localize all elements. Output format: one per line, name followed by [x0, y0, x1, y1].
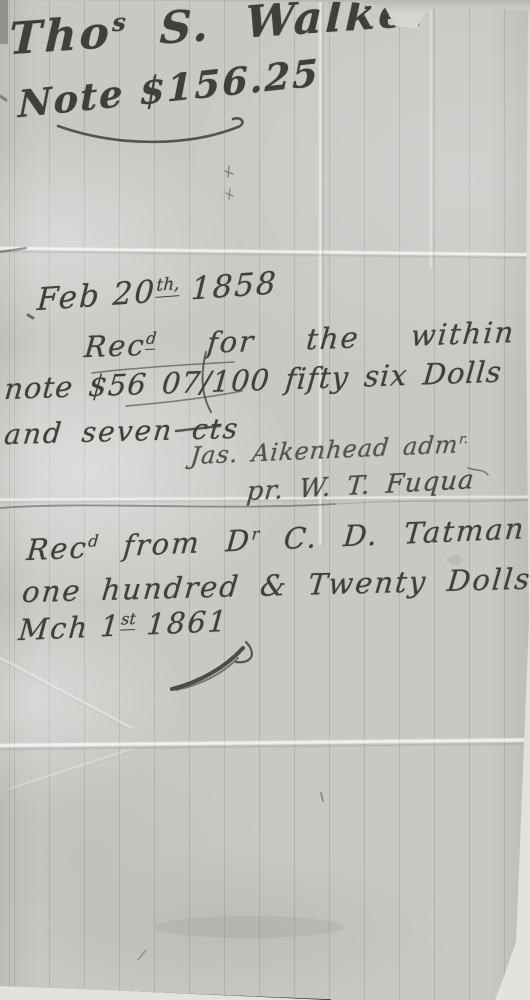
fold-crease-horizontal-lower [0, 738, 530, 751]
docket-name-line: Thos S. Walker [8, 0, 436, 65]
receipt-1861-date-year: 1861 [134, 604, 230, 642]
receipt-1861-payer-name: C. D. Tatman [257, 511, 526, 557]
receipt-1858-amount-text: note $56 07/100 fifty six Dolls [3, 355, 504, 407]
docket-name-rest: S. Walker [125, 0, 437, 57]
docket-note-amount-text: Note $156.25 [18, 50, 320, 126]
docket-note-amount-line: Note $156.25 [18, 50, 320, 126]
receipt-1858-signature-1-superscript: r. [458, 432, 468, 447]
receipt-1861-received-line: Recd from Dr C. D. Tatman [25, 511, 527, 567]
wrinkle-crease-bottom-left-1 [0, 653, 134, 732]
receipt-1861-payer-text: from D [97, 523, 253, 564]
receipt-1858-signature-2-text: pr. W. T. Fuqua [245, 465, 476, 507]
bottom-smudge [155, 916, 345, 938]
receipt-1861-amount-line: one hundred & Twenty Dolls, [21, 561, 530, 609]
docket-name-superscript: s [112, 7, 127, 37]
receipt-1858-date-text: Feb 20 [36, 274, 157, 319]
receipt-1858-date-line: Feb 20th, 1858 [36, 265, 279, 318]
date-1861-flourish [172, 648, 243, 689]
receipt-1861-recd-text: Rec [25, 530, 89, 567]
fold-crease-vertical-2 [430, 0, 434, 268]
note-underline-flourish [58, 118, 242, 142]
paper-sheet: Thos S. Walker Note $156.25 Feb 20th, 18… [0, 0, 530, 1000]
receipt-1858-date-year: 1858 [178, 265, 278, 308]
scanned-receipt-page: Thos S. Walker Note $156.25 Feb 20th, 18… [0, 0, 530, 1000]
receipt-1858-recd-text: Rec [83, 328, 147, 364]
docket-name-text: Tho [8, 7, 113, 65]
scan-artifact-top-left [0, 0, 8, 44]
receipt-1858-recd-rest: for the within [154, 315, 516, 362]
receipt-1858-signature-agent: pr. W. T. Fuqua [245, 465, 476, 507]
paper-bottom-edge [0, 988, 330, 1000]
receipt-1861-date-line: Mch 1st 1861 [17, 604, 229, 647]
receipt-1861-date-text: Mch 1 [17, 609, 122, 648]
receipt-1861-amount-text: one hundred & Twenty Dolls, [21, 561, 530, 609]
fold-crease-horizontal-top [0, 247, 530, 259]
receipt-1858-date-superscript: th, [156, 274, 180, 298]
receipt-1858-amount-line: note $56 07/100 fifty six Dolls [3, 355, 504, 407]
wrinkle-crease-bottom-left-2 [9, 748, 134, 791]
